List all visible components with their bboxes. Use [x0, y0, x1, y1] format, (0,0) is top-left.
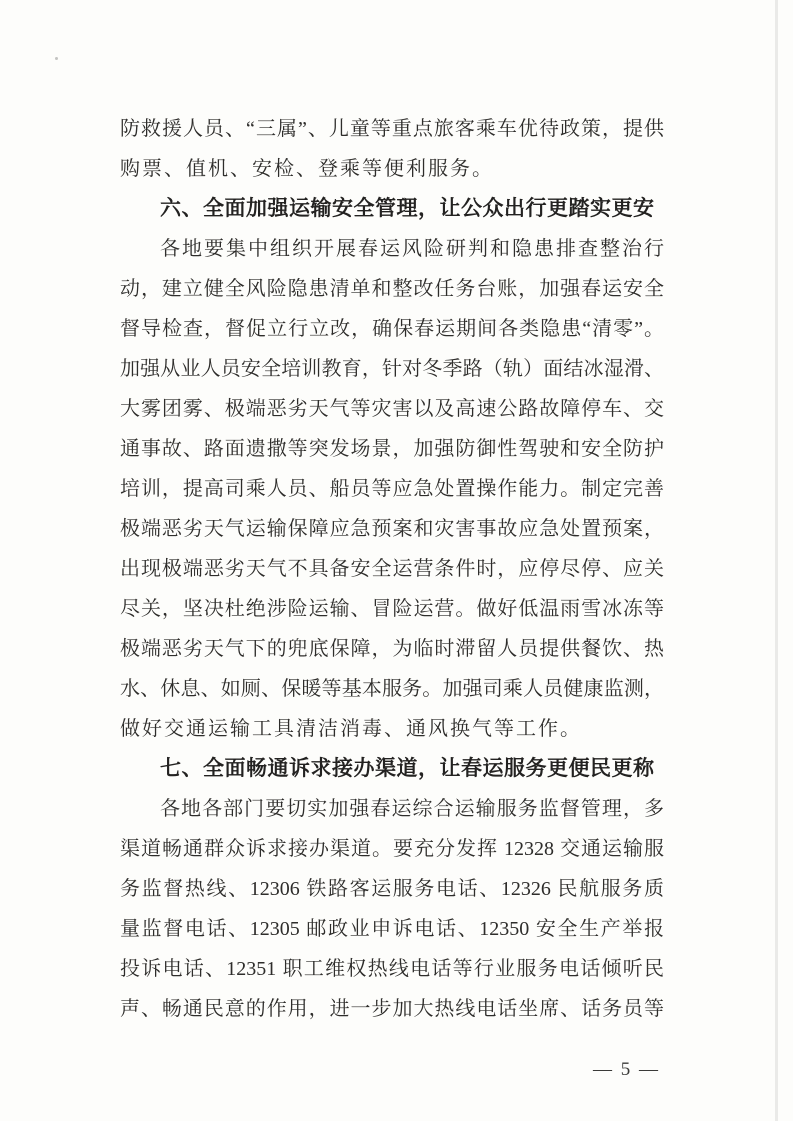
- text-line: 务监督热线、12306 铁路客运服务电话、12326 民航服务质: [120, 869, 664, 909]
- page-number: — 5 —: [593, 1056, 660, 1084]
- text-line: 水、休息、如厕、保暖等基本服务。加强司乘人员健康监测，: [120, 669, 664, 709]
- text-line: 极端恶劣天气下的兜底保障，为临时滞留人员提供餐饮、热: [120, 629, 664, 669]
- text-line: 极端恶劣天气运输保障应急预案和灾害事故应急处置预案，: [120, 509, 664, 549]
- document-page: 防救援人员、“三属”、儿童等重点旅客乘车优待政策，提供购票、值机、安检、登乘等便…: [0, 0, 793, 1121]
- text-line: 各地各部门要切实加强春运综合运输服务监督管理，多: [120, 789, 664, 829]
- text-line: 防救援人员、“三属”、儿童等重点旅客乘车优待政策，提供: [120, 109, 664, 149]
- text-line: 尽关，坚决杜绝涉险运输、冒险运营。做好低温雨雪冰冻等: [120, 589, 664, 629]
- text-line: 投诉电话、12351 职工维权热线电话等行业服务电话倾听民: [120, 949, 664, 989]
- text-line: 动，建立健全风险隐患清单和整改任务台账，加强春运安全: [120, 269, 664, 309]
- text-line: 渠道畅通群众诉求接办渠道。要充分发挥 12328 交通运输服: [120, 829, 664, 869]
- scan-speck-artifact: [55, 57, 58, 60]
- text-line: 通事故、路面遗撒等突发场景，加强防御性驾驶和安全防护: [120, 429, 664, 469]
- text-line: 声、畅通民意的作用，进一步加大热线电话坐席、话务员等: [120, 989, 664, 1029]
- scan-edge-artifact: [775, 0, 778, 1121]
- text-line: 大雾团雾、极端恶劣天气等灾害以及高速公路故障停车、交: [120, 389, 664, 429]
- text-line: 量监督电话、12305 邮政业申诉电话、12350 安全生产举报: [120, 909, 664, 949]
- text-line: 加强从业人员安全培训教育，针对冬季路（轨）面结冰湿滑、: [120, 349, 664, 389]
- section-heading: 七、全面畅通诉求接办渠道，让春运服务更便民更称心: [120, 749, 664, 789]
- text-line: 出现极端恶劣天气不具备安全运营条件时，应停尽停、应关: [120, 549, 664, 589]
- text-line: 各地要集中组织开展春运风险研判和隐患排查整治行: [120, 229, 664, 269]
- text-line: 做好交通运输工具清洁消毒、通风换气等工作。: [120, 709, 664, 749]
- text-line: 购票、值机、安检、登乘等便利服务。: [120, 149, 664, 189]
- section-heading: 六、全面加强运输安全管理，让公众出行更踏实更安心: [120, 189, 664, 229]
- text-line: 督导检查，督促立行立改，确保春运期间各类隐患“清零”。: [120, 309, 664, 349]
- document-text: 防救援人员、“三属”、儿童等重点旅客乘车优待政策，提供购票、值机、安检、登乘等便…: [120, 109, 664, 1029]
- text-line: 培训，提高司乘人员、船员等应急处置操作能力。制定完善: [120, 469, 664, 509]
